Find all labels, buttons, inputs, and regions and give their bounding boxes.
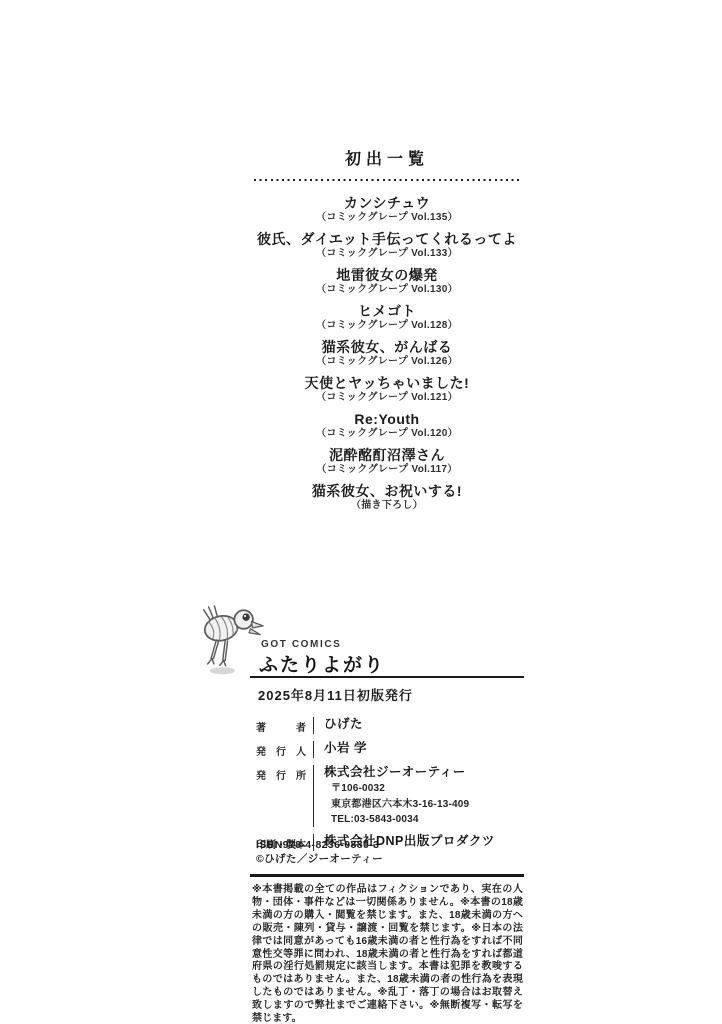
credit-label-publisher: 発行所 bbox=[256, 765, 306, 827]
list-item: ヒメゴト （コミックグレープ Vol.128） bbox=[250, 303, 524, 332]
list-item: 彼氏、ダイエット手伝ってくれるってよ （コミックグレープ Vol.133） bbox=[250, 231, 524, 260]
work-source: （コミックグレープ Vol.135） bbox=[250, 211, 524, 224]
work-source: （コミックグレープ Vol.133） bbox=[250, 247, 524, 260]
credit-value-publisher-person: 小岩 学 bbox=[313, 741, 524, 758]
work-source: （コミックグレープ Vol.117） bbox=[250, 463, 524, 476]
work-source: （コミックグレープ Vol.120） bbox=[250, 427, 524, 440]
work-title: 地雷彼女の爆発 bbox=[250, 267, 524, 283]
credit-label-author: 著者 bbox=[256, 717, 306, 734]
list-item: 天使とヤッちゃいました! （コミックグレープ Vol.121） bbox=[250, 375, 524, 404]
disclaimer-divider bbox=[250, 874, 524, 877]
work-title: 猫系彼女、お祝いする! bbox=[250, 483, 524, 499]
copyright-line: ©ひげた／ジーオーティー bbox=[256, 852, 383, 866]
publisher-phone: TEL:03-5843-0034 bbox=[331, 813, 524, 827]
dotted-divider bbox=[254, 179, 520, 181]
title-underline bbox=[250, 676, 524, 678]
edition-date: 2025年8月11日初版発行 bbox=[258, 685, 413, 704]
credits-table: 著者 ひげた 発行人 小岩 学 発行所 株式会社ジーオーティー 〒106-003… bbox=[256, 717, 524, 851]
publisher-postal-code: 〒106-0032 bbox=[331, 782, 524, 796]
isbn-number: ISBN978-4-8236-0880-3 bbox=[256, 838, 383, 852]
first-publication-list: 初出一覧 カンシチュウ （コミックグレープ Vol.135） 彼氏、ダイエット手… bbox=[250, 146, 524, 519]
credit-value-text: 株式会社ジーオーティー bbox=[324, 765, 466, 779]
list-item: Re:Youth （コミックグレープ Vol.120） bbox=[250, 411, 524, 440]
list-item: 地雷彼女の爆発 （コミックグレープ Vol.130） bbox=[250, 267, 524, 296]
list-item: 泥酔酩酊沼澤さん （コミックグレープ Vol.117） bbox=[250, 447, 524, 476]
list-item: カンシチュウ （コミックグレープ Vol.135） bbox=[250, 195, 524, 224]
credit-value-text: ひげた bbox=[324, 717, 363, 731]
colophon-page: 初出一覧 カンシチュウ （コミックグレープ Vol.135） 彼氏、ダイエット手… bbox=[0, 0, 722, 1024]
work-title: ヒメゴト bbox=[250, 303, 524, 319]
work-title: 天使とヤッちゃいました! bbox=[250, 375, 524, 391]
section-title: 初出一覧 bbox=[250, 146, 524, 169]
work-source: （描き下ろし） bbox=[250, 499, 524, 512]
work-title: 泥酔酩酊沼澤さん bbox=[250, 447, 524, 463]
work-source: （コミックグレープ Vol.121） bbox=[250, 391, 524, 404]
book-title: ふたりよがり bbox=[259, 650, 385, 677]
publisher-brand: GOT COMICS bbox=[261, 639, 341, 650]
work-source: （コミックグレープ Vol.128） bbox=[250, 319, 524, 332]
work-title: 彼氏、ダイエット手伝ってくれるってよ bbox=[250, 231, 524, 247]
publisher-address: 東京都港区六本木3-16-13-409 bbox=[331, 798, 524, 812]
bird-logo-icon bbox=[196, 602, 266, 680]
credit-value-publisher: 株式会社ジーオーティー 〒106-0032 東京都港区六本木3-16-13-40… bbox=[313, 765, 524, 827]
list-item: 猫系彼女、がんばる （コミックグレープ Vol.126） bbox=[250, 339, 524, 368]
work-title: Re:Youth bbox=[250, 411, 524, 427]
legal-disclaimer: ※本書掲載の全ての作品はフィクションであり、実在の人物・団体・事件などは一切関係… bbox=[252, 884, 523, 1024]
work-source: （コミックグレープ Vol.130） bbox=[250, 283, 524, 296]
list-item: 猫系彼女、お祝いする! （描き下ろし） bbox=[250, 483, 524, 512]
credit-value-text: 小岩 学 bbox=[324, 741, 367, 755]
credit-label-publisher-person: 発行人 bbox=[256, 741, 306, 758]
work-title: 猫系彼女、がんばる bbox=[250, 339, 524, 355]
work-source: （コミックグレープ Vol.126） bbox=[250, 355, 524, 368]
work-title: カンシチュウ bbox=[250, 195, 524, 211]
isbn-block: ISBN978-4-8236-0880-3 ©ひげた／ジーオーティー bbox=[256, 838, 383, 866]
credit-value-author: ひげた bbox=[313, 717, 524, 734]
